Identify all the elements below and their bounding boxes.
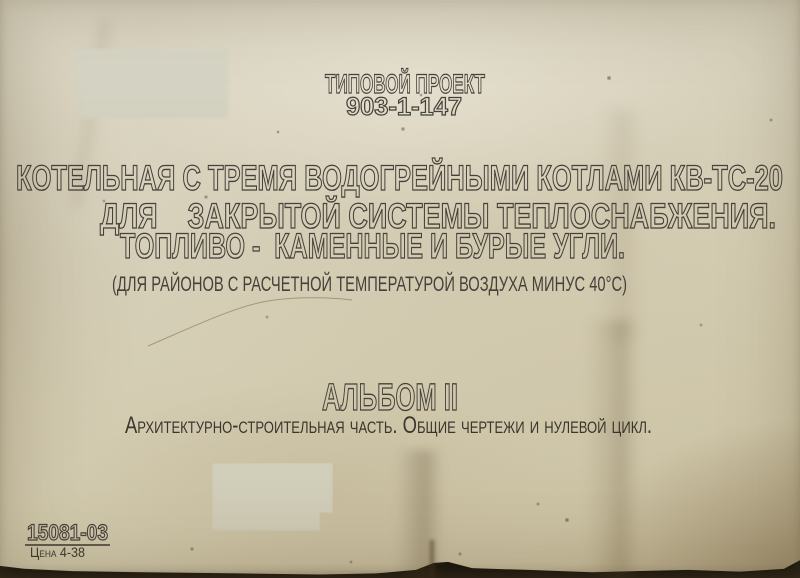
- footer-code: 15081-03: [27, 520, 108, 545]
- title-line-1: КОТЕЛЬНАЯ С ТРЕМЯ ВОДОГРЕЙНЫМИ КОТЛАМИ К…: [16, 158, 783, 198]
- crease-scratch: [148, 298, 352, 346]
- stamp-number: 903-1-147: [346, 93, 462, 121]
- footer-price: Цена 4-38: [30, 545, 85, 560]
- album-subtitle: Архитектурно-строительная часть. Общие ч…: [125, 412, 652, 439]
- climate-note: (ДЛЯ РАЙОНОВ С РАСЧЕТНОЙ ТЕМПЕРАТУРОЙ ВО…: [112, 271, 627, 296]
- photo-of-scanned-document: ТИПОВОЙ ПРОЕКТ 903-1-147 КОТЕЛЬНАЯ С ТРЕ…: [0, 0, 800, 578]
- lettering-layer: ТИПОВОЙ ПРОЕКТ 903-1-147 КОТЕЛЬНАЯ С ТРЕ…: [0, 0, 800, 578]
- title-line-3: ТОПЛИВО - КАМЕННЫЕ И БУРЫЕ УГЛИ.: [120, 227, 625, 266]
